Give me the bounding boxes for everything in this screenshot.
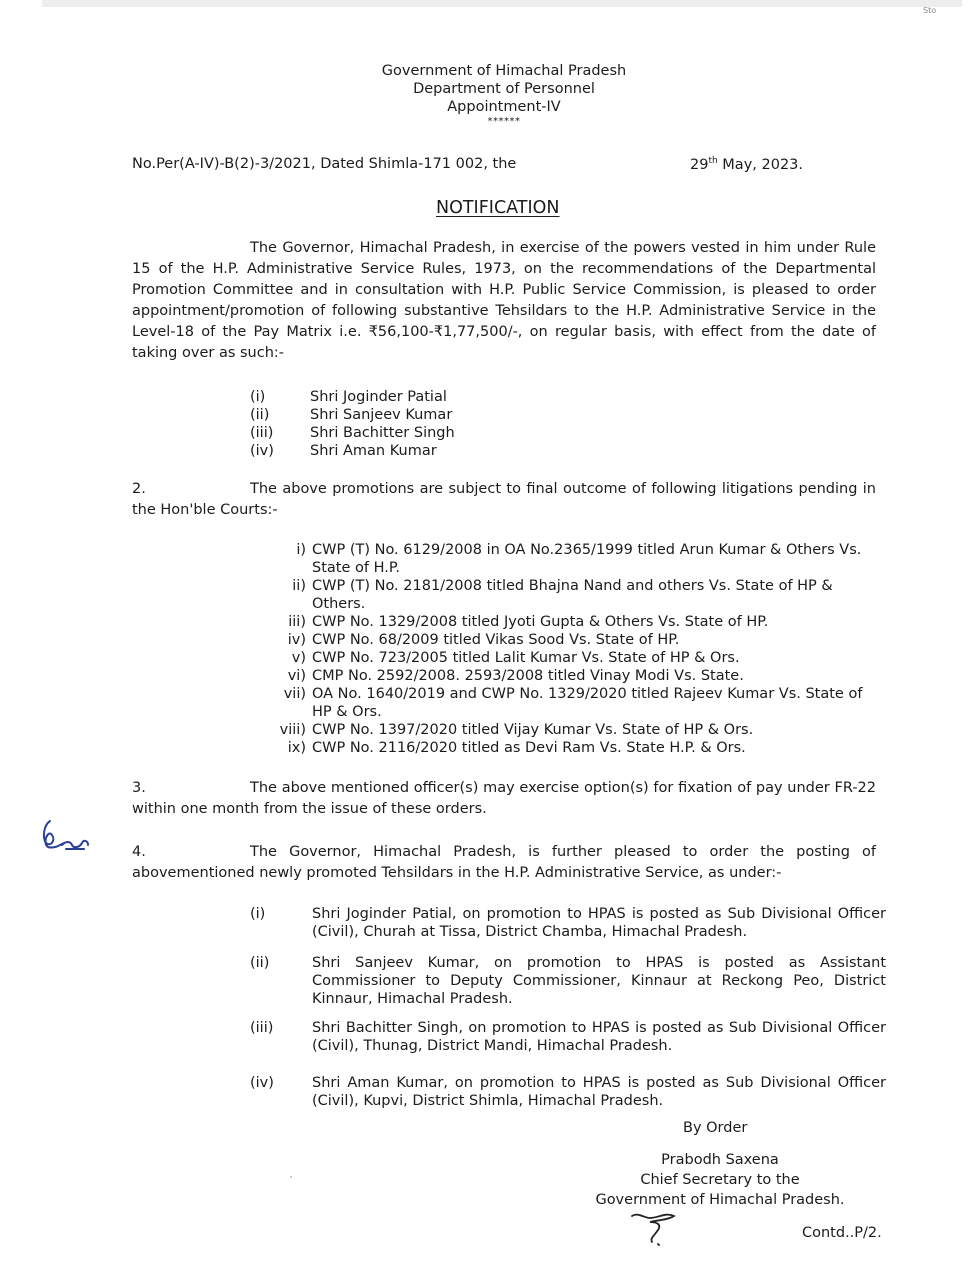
officer-number: (iv) <box>250 442 310 460</box>
by-order: By Order <box>683 1120 747 1136</box>
promoted-officer: (i)Shri Joginder Patial <box>250 388 455 406</box>
posting-text: Shri Aman Kumar, on promotion to HPAS is… <box>312 1074 886 1110</box>
litigation-item: iii)CWP No. 1329/2008 titled Jyoti Gupta… <box>272 613 880 631</box>
litigation-item: iv)CWP No. 68/2009 titled Vikas Sood Vs.… <box>272 631 880 649</box>
letterhead-stars: ****** <box>300 116 708 128</box>
officer-number: (ii) <box>250 406 310 424</box>
paragraph-4-number: 4. <box>132 842 250 863</box>
paragraph-4: 4.The Governor, Himachal Pradesh, is fur… <box>132 842 876 884</box>
notification-title: NOTIFICATION <box>436 198 560 218</box>
litigation-number: i) <box>272 541 306 577</box>
litigation-text: CWP No. 1329/2008 titled Jyoti Gupta & O… <box>306 613 880 631</box>
letterhead-government: Government of Himachal Pradesh <box>300 62 708 80</box>
litigation-number: vi) <box>272 667 306 685</box>
litigation-text: CWP No. 723/2005 titled Lalit Kumar Vs. … <box>306 649 880 667</box>
continued-note: Contd..P/2. <box>802 1225 882 1241</box>
officer-name: Shri Joginder Patial <box>310 388 447 406</box>
signature-mark <box>628 1210 688 1250</box>
litigation-item: vii)OA No. 1640/2019 and CWP No. 1329/20… <box>272 685 880 721</box>
litigation-item: ix)CWP No. 2116/2020 titled as Devi Ram … <box>272 739 880 757</box>
litigation-text: CWP No. 1397/2020 titled Vijay Kumar Vs.… <box>306 721 880 739</box>
letterhead-department: Department of Personnel <box>300 80 708 98</box>
paragraph-2: 2.The above promotions are subject to fi… <box>132 479 876 521</box>
litigation-text: CWP (T) No. 2181/2008 titled Bhajna Nand… <box>306 577 880 613</box>
promoted-officer: (iii)Shri Bachitter Singh <box>250 424 455 442</box>
litigation-number: iv) <box>272 631 306 649</box>
officer-name: Shri Sanjeev Kumar <box>310 406 452 424</box>
litigations-list: i)CWP (T) No. 6129/2008 in OA No.2365/19… <box>272 541 880 757</box>
litigation-number: viii) <box>272 721 306 739</box>
paragraph-2-number: 2. <box>132 479 250 500</box>
litigation-item: v)CWP No. 723/2005 titled Lalit Kumar Vs… <box>272 649 880 667</box>
litigation-number: iii) <box>272 613 306 631</box>
promoted-officer: (ii)Shri Sanjeev Kumar <box>250 406 455 424</box>
posting-item: (i)Shri Joginder Patial, on promotion to… <box>250 905 886 941</box>
posting-number: (iii) <box>250 1019 312 1055</box>
litigation-text: CMP No. 2592/2008. 2593/2008 titled Vina… <box>306 667 880 685</box>
posting-item: (iii)Shri Bachitter Singh, on promotion … <box>250 1019 886 1055</box>
posting-text: Shri Bachitter Singh, on promotion to HP… <box>312 1019 886 1055</box>
date-suffix: th <box>708 156 717 166</box>
promoted-officer: (iv)Shri Aman Kumar <box>250 442 455 460</box>
litigation-number: v) <box>272 649 306 667</box>
paragraph-1-text: The Governor, Himachal Pradesh, in exerc… <box>132 240 876 361</box>
officer-number: (i) <box>250 388 310 406</box>
signatory-government: Government of Himachal Pradesh. <box>580 1190 860 1210</box>
posting-number: (iv) <box>250 1074 312 1110</box>
signatory-designation: Chief Secretary to the <box>580 1170 860 1190</box>
date-day: 29 <box>690 157 708 173</box>
litigation-text: CWP No. 2116/2020 titled as Devi Ram Vs.… <box>306 739 880 757</box>
paragraph-3-number: 3. <box>132 778 250 799</box>
officer-name: Shri Bachitter Singh <box>310 424 455 442</box>
scan-speck <box>290 1176 292 1178</box>
signature-block: Prabodh Saxena Chief Secretary to the Go… <box>580 1150 860 1210</box>
issue-date: 29th May, 2023. <box>690 156 803 173</box>
litigation-number: ix) <box>272 739 306 757</box>
letterhead: Government of Himachal Pradesh Departmen… <box>300 62 708 128</box>
signatory-name: Prabodh Saxena <box>580 1150 860 1170</box>
litigation-text: CWP (T) No. 6129/2008 in OA No.2365/1999… <box>306 541 880 577</box>
letterhead-section: Appointment-IV <box>300 98 708 116</box>
posting-number: (ii) <box>250 954 312 1008</box>
top-scan-band <box>42 0 962 7</box>
date-rest: May, 2023. <box>718 157 803 173</box>
litigation-number: ii) <box>272 577 306 613</box>
officer-number: (iii) <box>250 424 310 442</box>
posting-text: Shri Joginder Patial, on promotion to HP… <box>312 905 886 941</box>
posting-number: (i) <box>250 905 312 941</box>
posting-item: (ii)Shri Sanjeev Kumar, on promotion to … <box>250 954 886 1008</box>
officer-name: Shri Aman Kumar <box>310 442 437 460</box>
litigation-number: vii) <box>272 685 306 721</box>
posting-text: Shri Sanjeev Kumar, on promotion to HPAS… <box>312 954 886 1008</box>
posting-item: (iv)Shri Aman Kumar, on promotion to HPA… <box>250 1074 886 1110</box>
litigation-text: OA No. 1640/2019 and CWP No. 1329/2020 t… <box>306 685 880 721</box>
paragraph-1: The Governor, Himachal Pradesh, in exerc… <box>132 238 876 364</box>
corner-mark: Sto <box>923 6 936 15</box>
paragraph-3: 3.The above mentioned officer(s) may exe… <box>132 778 876 820</box>
litigation-item: vi)CMP No. 2592/2008. 2593/2008 titled V… <box>272 667 880 685</box>
handwritten-initials <box>36 815 96 855</box>
promoted-officers-list: (i)Shri Joginder Patial(ii)Shri Sanjeev … <box>250 388 455 460</box>
file-number: No.Per(A-IV)-B(2)-3/2021, Dated Shimla-1… <box>132 156 516 172</box>
litigation-item: i)CWP (T) No. 6129/2008 in OA No.2365/19… <box>272 541 880 577</box>
litigation-text: CWP No. 68/2009 titled Vikas Sood Vs. St… <box>306 631 880 649</box>
litigation-item: ii)CWP (T) No. 2181/2008 titled Bhajna N… <box>272 577 880 613</box>
litigation-item: viii)CWP No. 1397/2020 titled Vijay Kuma… <box>272 721 880 739</box>
